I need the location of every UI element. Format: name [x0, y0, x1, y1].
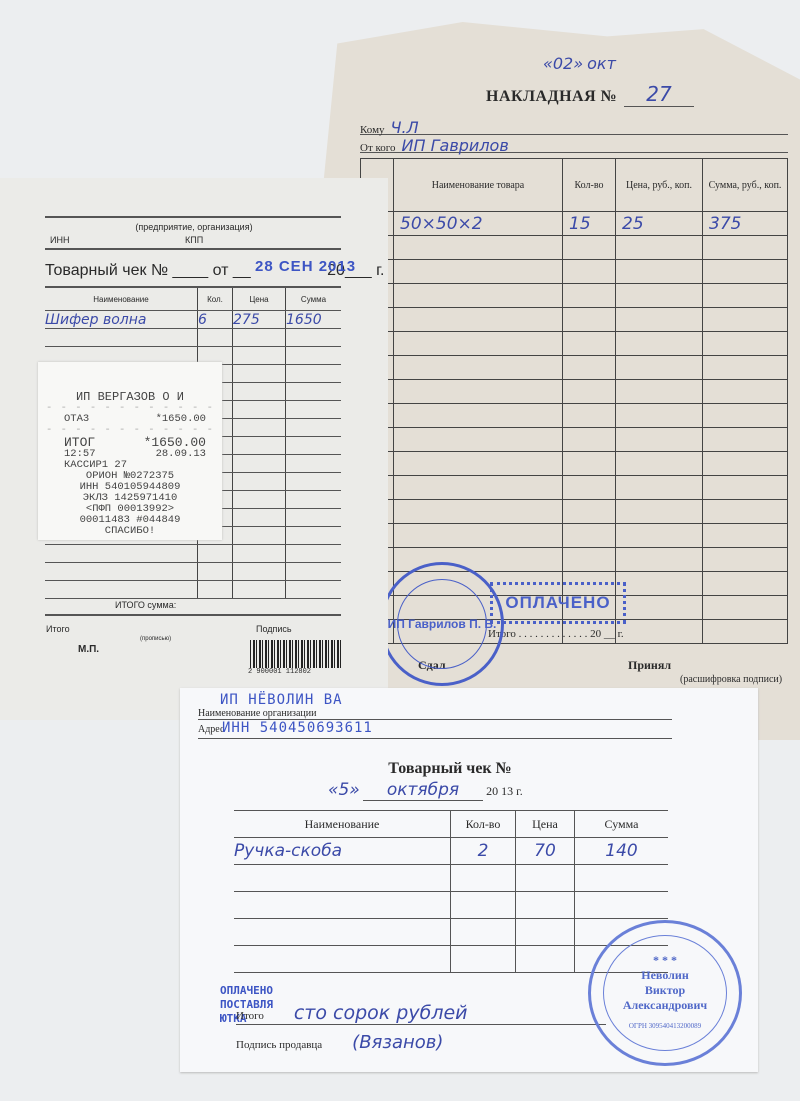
- table-row-empty: [361, 428, 788, 452]
- divider: [45, 216, 341, 218]
- seal-label: М.П.: [78, 644, 99, 655]
- table-row: Ручка-скоба 2 70 140: [234, 838, 668, 865]
- table-row-empty: [361, 284, 788, 308]
- barcode: [250, 640, 342, 668]
- org-name-label: Наименование организации: [198, 708, 672, 720]
- inn-label: ИНН: [50, 235, 69, 245]
- in-words-hint: (прописью): [140, 636, 171, 642]
- col-name: Наименование: [45, 287, 198, 311]
- sales-receipt-front: Наименование организации ИП НЁВОЛИН ВА А…: [180, 688, 758, 1072]
- table-row-empty: [361, 404, 788, 428]
- received-label: Принял: [628, 658, 671, 673]
- table-row-empty: [361, 236, 788, 260]
- table-row-empty: [361, 500, 788, 524]
- invoice-from-field: От когоИП Гаврилов: [360, 136, 788, 153]
- barcode-number: 2 900001 112802: [248, 668, 311, 676]
- table-row-empty: [361, 260, 788, 284]
- table-row-empty: [361, 452, 788, 476]
- org-hint: (предприятие, организация): [0, 222, 388, 232]
- invoice-total: Итого . . . . . . . . . . . . . 20 __ г.: [488, 628, 624, 640]
- col-name: Наименование товара: [394, 159, 563, 212]
- table-row-empty: [361, 356, 788, 380]
- col-qty: Кол-во: [451, 811, 516, 838]
- slip-thanks: СПАСИБО!: [38, 526, 222, 537]
- table-row-empty: [45, 545, 341, 563]
- total-sum-label: ИТОГО сумма:: [115, 600, 176, 610]
- table-row-empty: [361, 524, 788, 548]
- table-row-empty: [361, 332, 788, 356]
- invoice-title: НАКЛАДНАЯ №: [486, 88, 617, 106]
- col-sum: Сумма: [575, 811, 669, 838]
- table-row-empty: [361, 308, 788, 332]
- col-price: Цена: [516, 811, 575, 838]
- seller-signature: Подпись продавца(Вязанов): [236, 1032, 443, 1053]
- org-name-stamp: ИП НЁВОЛИН ВА: [220, 692, 343, 708]
- table-row-empty: [45, 329, 341, 347]
- col-qty: Кол.: [198, 287, 233, 311]
- table-row-empty: [361, 476, 788, 500]
- kpp-label: КПП: [185, 235, 203, 245]
- signature-hint: (расшифровка подписи): [680, 674, 782, 685]
- table-row-empty: [361, 380, 788, 404]
- col-sum: Сумма: [286, 287, 342, 311]
- table-row: 50×50×2 15 25 375: [361, 212, 788, 236]
- table-row-empty: [234, 892, 668, 919]
- divider: [45, 614, 341, 616]
- divider: [45, 248, 341, 250]
- round-seal-nevolin: * * * Неволин Виктор Александрович ОГРН …: [588, 920, 742, 1066]
- col-price: Цена: [233, 287, 286, 311]
- col-qty: Кол-во: [563, 159, 616, 212]
- invoice-number: 27: [624, 82, 694, 107]
- receipt-title: Товарный чек №: [180, 760, 720, 778]
- col-sum: Сумма, руб., коп.: [703, 159, 788, 212]
- table-row-empty: [45, 581, 341, 599]
- receipt-date: «5» октября 20 13 г.: [328, 780, 523, 800]
- invoice-date: «02» окт: [543, 54, 616, 74]
- seal-ring: [603, 935, 727, 1051]
- table-row-empty: [234, 865, 668, 892]
- paid-stamp: ОПЛАЧЕНО: [490, 582, 626, 624]
- signature-label: Подпись: [256, 624, 292, 634]
- cash-register-slip: ИП ВЕРГАЗОВ О И - - - - - - - - - - - - …: [38, 362, 222, 540]
- seal-ring: [397, 579, 487, 669]
- round-seal-gavrilov: ИП Гаврилов П. В.: [380, 562, 504, 686]
- invoice-to-field: КомуЧ.Л: [360, 118, 788, 135]
- table-row: Шифер волна 6 275 1650: [45, 311, 341, 329]
- date-stamp: 28 СЕН 2013: [255, 258, 356, 275]
- inn-stamp: ИНН 540450693611: [222, 720, 373, 736]
- col-name: Наименование: [234, 811, 451, 838]
- col-price: Цена, руб., коп.: [616, 159, 703, 212]
- total-label: Итого: [46, 624, 70, 634]
- table-row-empty: [45, 563, 341, 581]
- total-in-words: Итогосто сорок рублей: [236, 1002, 606, 1025]
- table-row-empty: [234, 919, 668, 946]
